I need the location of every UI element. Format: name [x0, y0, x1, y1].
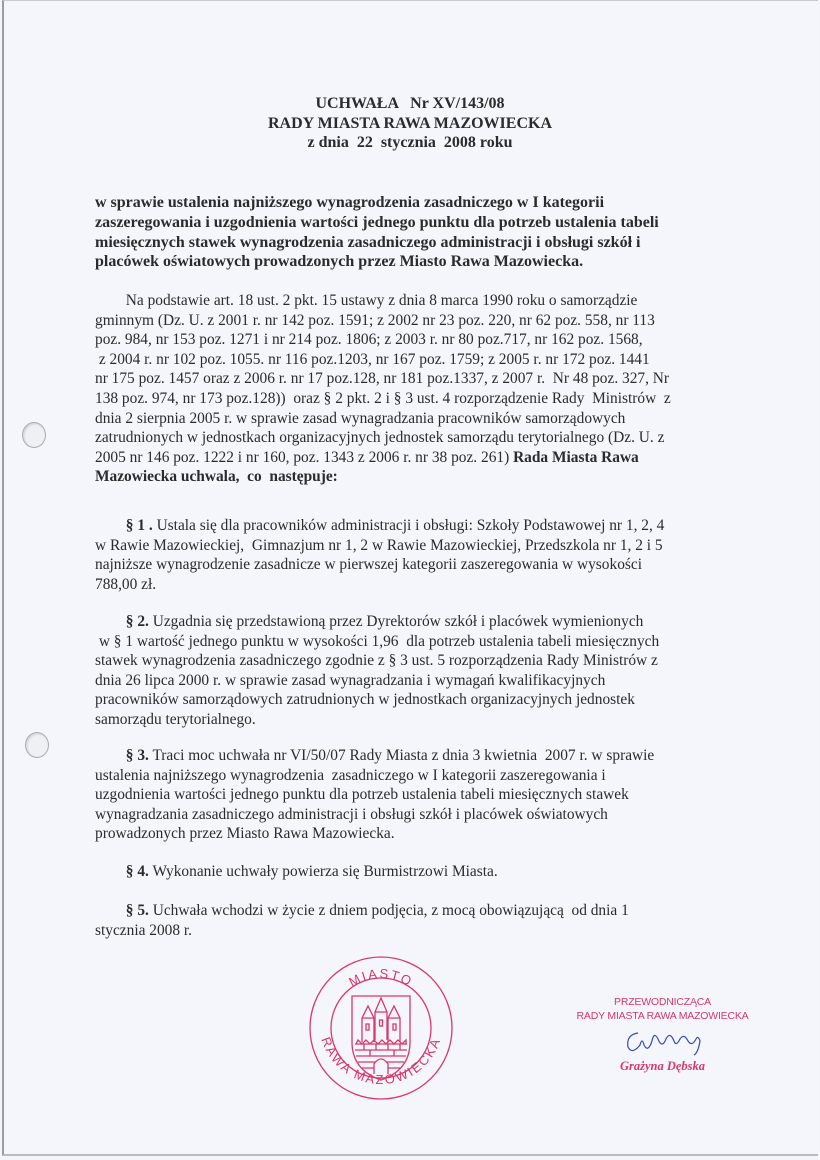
- paragraph-line: gminnym (Dz. U. z 2001 r. nr 142 poz. 15…: [95, 311, 735, 331]
- legal-basis-paragraph: Na podstawie art. 18 ust. 2 pkt. 15 usta…: [95, 291, 735, 487]
- paragraph-line: uzgodnienia wartości jednego punktu dla …: [95, 785, 735, 805]
- section-first-line: § 3. Traci moc uchwała nr VI/50/07 Rady …: [95, 746, 735, 766]
- paragraph-line: pracowników samorządowych zatrudnionych …: [95, 690, 735, 710]
- section-text: Uchwała wchodzi w życie z dniem podjęcia…: [149, 902, 629, 919]
- paragraph-line: dnia 26 lipca 2000 r. w sprawie zasad wy…: [95, 671, 735, 691]
- subject-line: w sprawie ustalenia najniższego wynagrod…: [95, 193, 735, 213]
- signatory-council: RADY MIASTA RAWA MAZOWIECKA: [545, 1009, 780, 1023]
- paragraph-line: prowadzonych przez Miasto Rawa Mazowieck…: [95, 824, 735, 844]
- section-first-line: § 1 . Ustala się dla pracowników adminis…: [95, 516, 735, 536]
- section-mark: § 3.: [126, 747, 149, 764]
- paragraph-line: stawek wynagrodzenia zasadniczego zgodni…: [95, 651, 735, 671]
- paragraph-line: 2005 nr 146 poz. 1222 i nr 160, poz. 134…: [95, 448, 735, 468]
- subject-line: miesięcznych stawek wynagrodzenia zasadn…: [95, 233, 735, 253]
- section-mark: § 1 .: [126, 517, 153, 534]
- punch-hole-top: [22, 422, 46, 448]
- paragraph-text: 2005 nr 146 poz. 1222 i nr 160, poz. 134…: [95, 449, 513, 466]
- resolution-number: UCHWAŁA Nr XV/143/08: [0, 94, 820, 114]
- section-4: § 4. Wykonanie uchwały powierza się Burm…: [95, 862, 735, 882]
- section-first-line: § 2. Uzgadnia się przedstawioną przez Dy…: [95, 612, 735, 632]
- enacting-clause: Mazowiecka uchwala, co następuje:: [95, 467, 735, 487]
- signatory-role: PRZEWODNICZĄCA: [545, 995, 780, 1009]
- paragraph-line: Na podstawie art. 18 ust. 2 pkt. 15 usta…: [95, 291, 735, 311]
- paragraph-line: w Rawie Mazowieckiej, Gimnazjum nr 1, 2 …: [95, 536, 735, 556]
- section-text: Wykonanie uchwały powierza się Burmistrz…: [149, 863, 498, 880]
- paragraph-line: samorządu terytorialnego.: [95, 710, 735, 730]
- section-1: § 1 . Ustala się dla pracowników adminis…: [95, 516, 735, 594]
- handwritten-signature-icon: [618, 1023, 708, 1057]
- section-5: § 5. Uchwała wchodzi w życie z dniem pod…: [95, 901, 735, 940]
- punch-hole-bottom: [25, 732, 49, 758]
- subject-line: zaszeregowania i uzgodnienia wartości je…: [95, 213, 735, 233]
- resolution-date: z dnia 22 stycznia 2008 roku: [0, 133, 820, 153]
- paragraph-line: z 2004 r. nr 102 poz. 1055. nr 116 poz.1…: [95, 350, 735, 370]
- paragraph-line: dnia 2 sierpnia 2005 r. w sprawie zasad …: [95, 409, 735, 429]
- svg-text:MIASTO: MIASTO: [346, 966, 416, 990]
- resolution-header: UCHWAŁA Nr XV/143/08 RADY MIASTA RAWA MA…: [0, 94, 820, 153]
- paragraph-line: ustalenia najniższego wynagrodzenia zasa…: [95, 766, 735, 786]
- section-first-line: § 4. Wykonanie uchwały powierza się Burm…: [95, 862, 735, 882]
- section-2: § 2. Uzgadnia się przedstawioną przez Dy…: [95, 612, 735, 730]
- paragraph-line: 138 poz. 974, nr 173 poz.128)) oraz § 2 …: [95, 389, 735, 409]
- paragraph-line: nr 175 poz. 1457 oraz z 2006 r. nr 17 po…: [95, 369, 735, 389]
- section-text: Uzgadnia się przedstawioną przez Dyrekto…: [149, 613, 643, 630]
- section-first-line: § 5. Uchwała wchodzi w życie z dniem pod…: [95, 901, 735, 921]
- section-mark: § 4.: [126, 863, 149, 880]
- section-text: Traci moc uchwała nr VI/50/07 Rady Miast…: [149, 747, 654, 764]
- section-mark: § 2.: [126, 613, 149, 630]
- signatory-name: Grażyna Dębska: [545, 1059, 780, 1074]
- signature-block: PRZEWODNICZĄCA RADY MIASTA RAWA MAZOWIEC…: [545, 995, 780, 1074]
- paragraph-line: wynagradzania zasadniczego administracji…: [95, 805, 735, 825]
- city-seal-stamp: MIASTO RAWA MAZOWIECKA: [306, 952, 456, 1104]
- paragraph-line: zatrudnionych w jednostkach organizacyjn…: [95, 428, 735, 448]
- paragraph-line: 788,00 zł.: [95, 575, 735, 595]
- paragraph-line: poz. 984, nr 153 poz. 1271 i nr 214 poz.…: [95, 330, 735, 350]
- section-text: Ustala się dla pracowników administracji…: [153, 517, 665, 534]
- section-mark: § 5.: [126, 902, 149, 919]
- council-name: RADY MIASTA RAWA MAZOWIECKA: [0, 114, 820, 134]
- section-3: § 3. Traci moc uchwała nr VI/50/07 Rady …: [95, 746, 735, 844]
- paragraph-line: najniższe wynagrodzenie zasadnicze w pie…: [95, 555, 735, 575]
- resolution-subject: w sprawie ustalenia najniższego wynagrod…: [95, 193, 735, 272]
- paragraph-line: w § 1 wartość jednego punktu w wysokości…: [95, 632, 735, 652]
- enacting-clause: Rada Miasta Rawa: [513, 449, 639, 466]
- city-coat-of-arms-icon: MIASTO RAWA MAZOWIECKA: [306, 952, 456, 1104]
- paragraph-line: stycznia 2008 r.: [95, 921, 735, 941]
- subject-line: placówek oświatowych prowadzonych przez …: [95, 252, 735, 272]
